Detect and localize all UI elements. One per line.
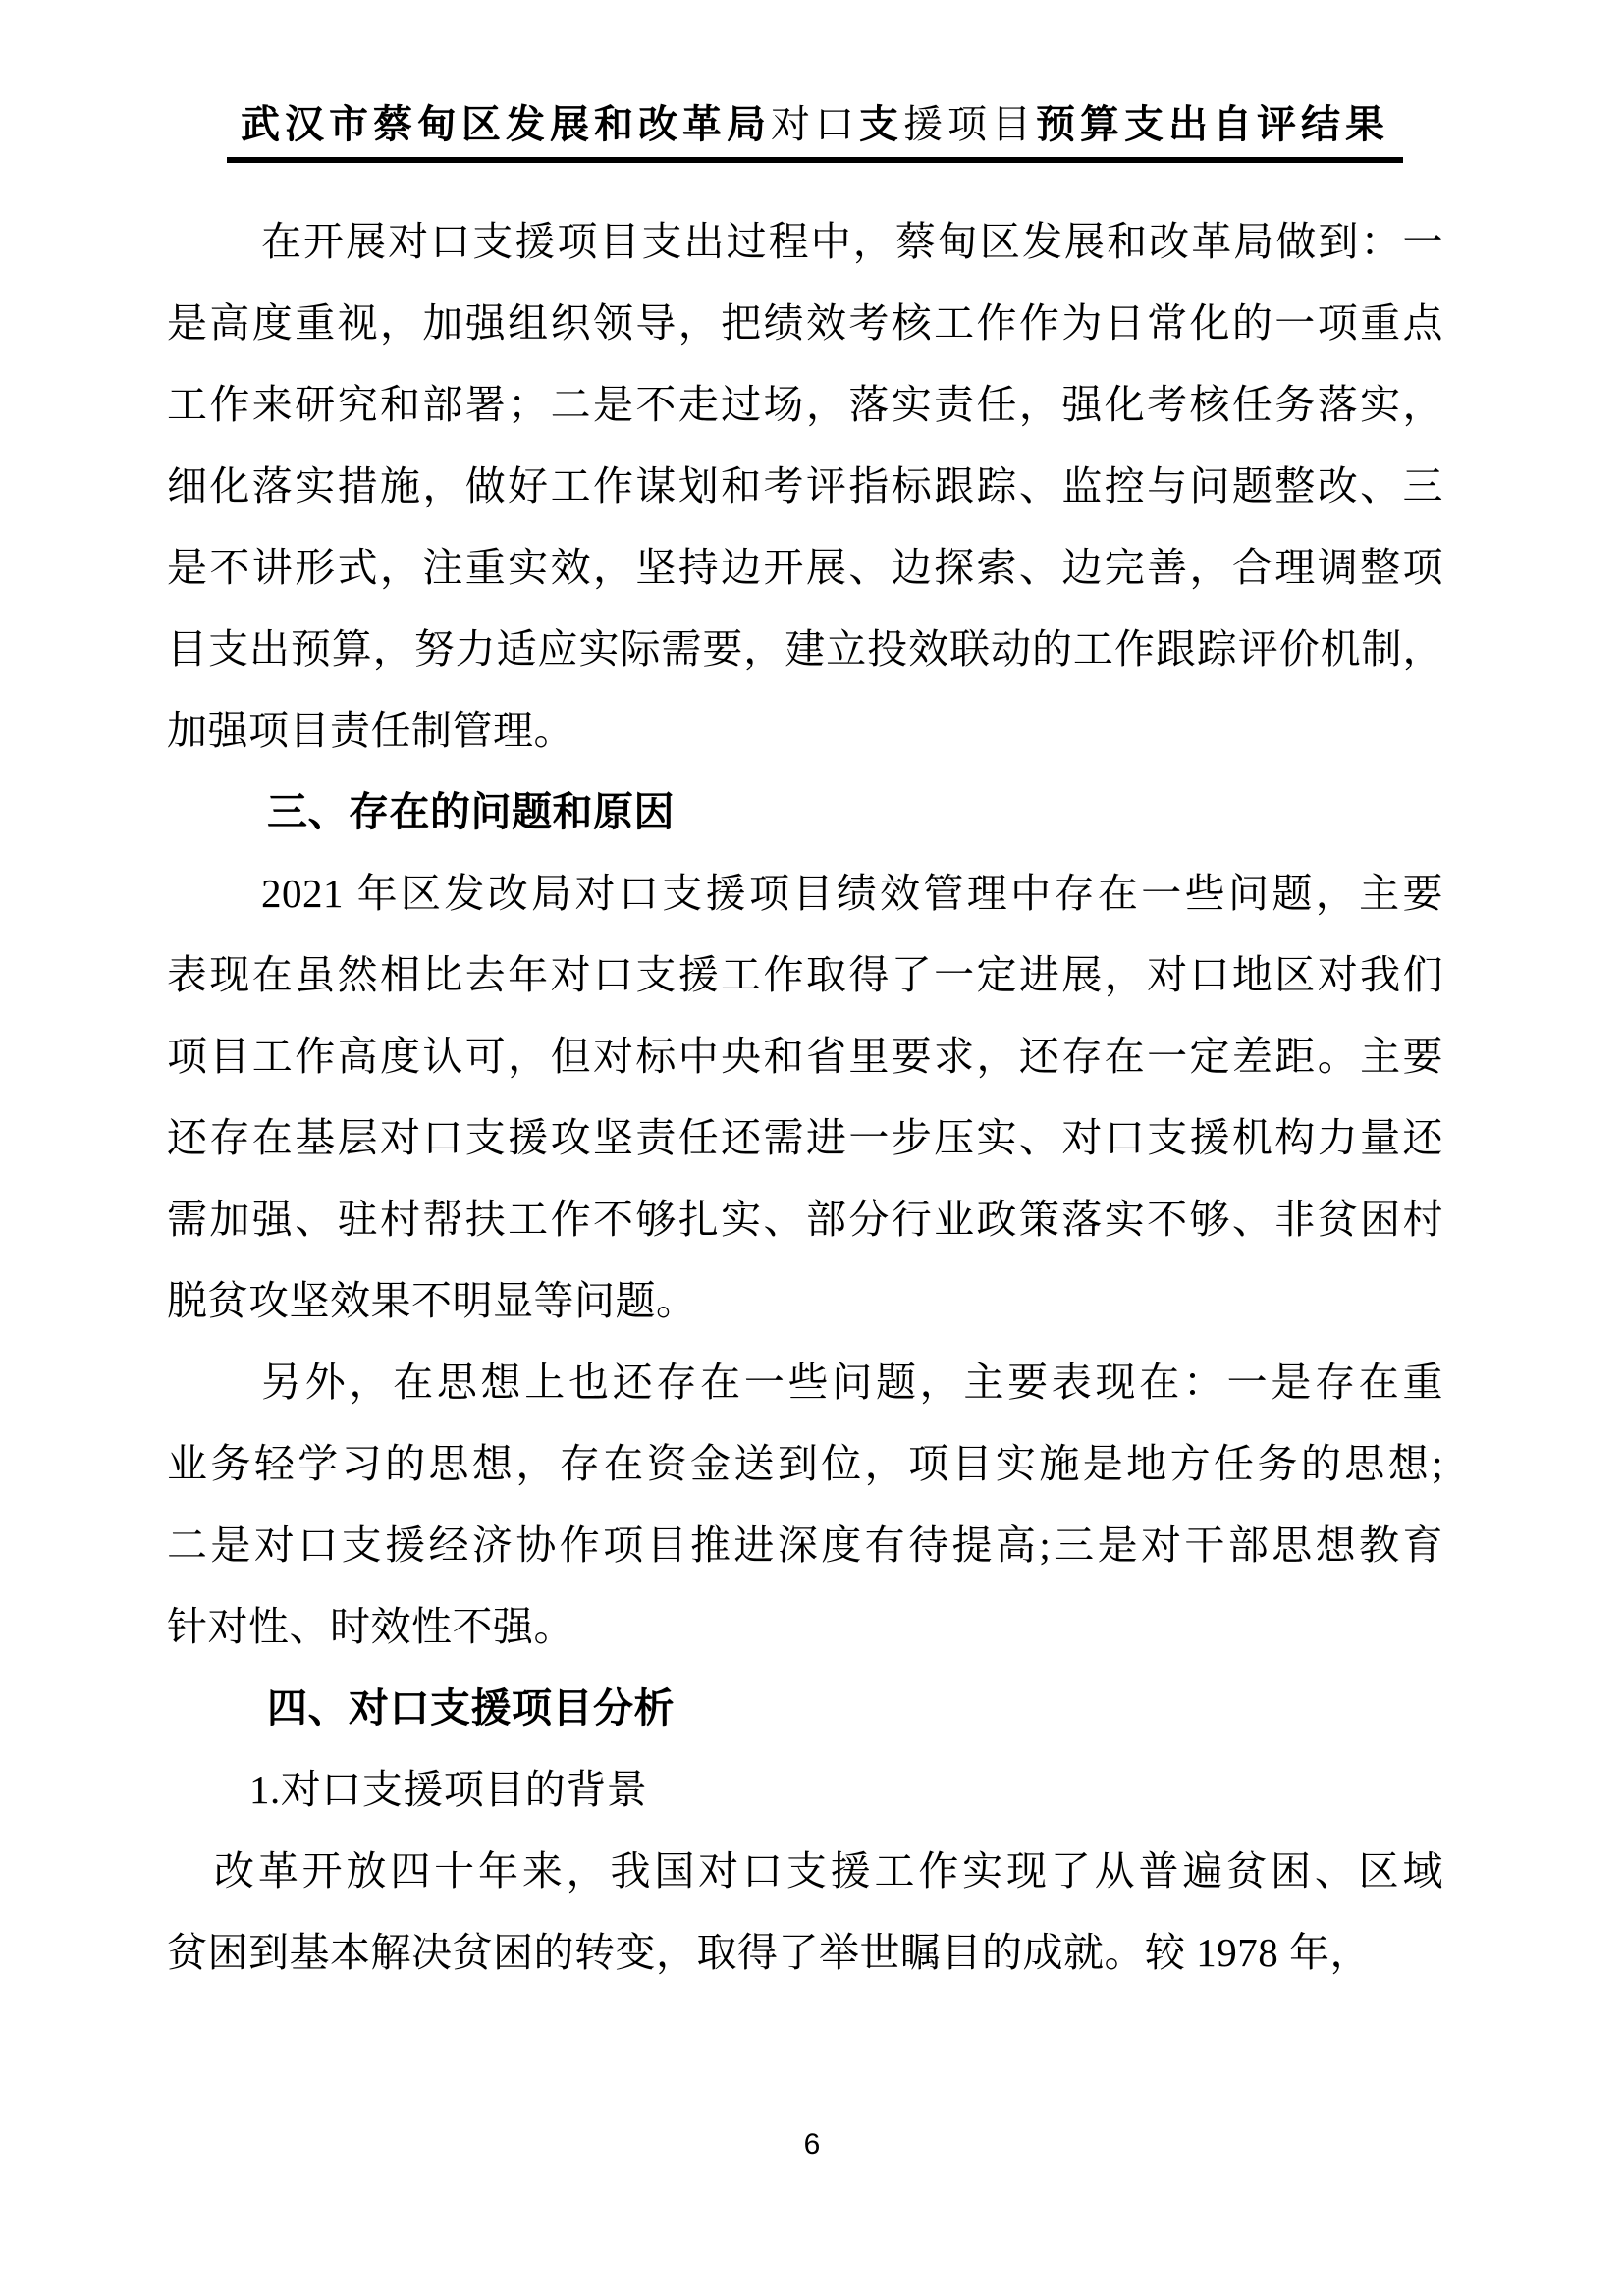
paragraph1-line: 加强项目责任制管理。: [167, 690, 1443, 772]
header-title: 武汉市蔡甸区发展和改革局对口支援项目预算支出自评结果: [227, 102, 1403, 163]
document-body: 在开展对口支援项目支出过程中，蔡甸区发展和改革局做到：一 是高度重视，加强组织领…: [167, 201, 1443, 1994]
header-title-segment: 武汉市蔡甸区发展和改革局: [241, 103, 771, 146]
page-header: 武汉市蔡甸区发展和改革局对口支援项目预算支出自评结果: [167, 102, 1463, 163]
paragraph1-line: 是高度重视，加强组织领导，把绩效考核工作作为日常化的一项重点: [167, 283, 1443, 364]
paragraph4-line: 贫困到基本解决贫困的转变，取得了举世瞩目的成就。较 1978 年，: [167, 1912, 1443, 1994]
page-footer: 6: [0, 2125, 1624, 2164]
header-title-segment: 对口: [771, 102, 859, 146]
paragraph1-line: 目支出预算，努力适应实际需要，建立投效联动的工作跟踪评价机制，: [167, 609, 1443, 690]
header-title-segment: 预算支出自评结果: [1036, 103, 1389, 146]
paragraph2-line: 脱贫攻坚效果不明显等问题。: [167, 1260, 1443, 1342]
section-heading-3: 三、存在的问题和原因: [167, 772, 1443, 853]
page-number: 6: [804, 2128, 821, 2161]
header-title-segment: 援项目: [903, 102, 1036, 146]
paragraph1-line: 在开展对口支援项目支出过程中，蔡甸区发展和改革局做到：一: [167, 201, 1443, 283]
paragraph1-line: 细化落实措施，做好工作谋划和考评指标跟踪、监控与问题整改、三: [167, 446, 1443, 527]
paragraph2-line: 需加强、驻村帮扶工作不够扎实、部分行业政策落实不够、非贫困村: [167, 1179, 1443, 1260]
paragraph1-line: 是不讲形式，注重实效，坚持边开展、边探索、边完善，合理调整项: [167, 527, 1443, 609]
paragraph4-line: 改革开放四十年来，我国对口支援工作实现了从普遍贫困、区域: [167, 1831, 1443, 1912]
header-title-segment: 支: [859, 103, 903, 146]
paragraph2-line: 还存在基层对口支援攻坚责任还需进一步压实、对口支援机构力量还: [167, 1097, 1443, 1179]
section-heading-4: 四、对口支援项目分析: [167, 1668, 1443, 1749]
paragraph3-line: 业务轻学习的思想，存在资金送到位，项目实施是地方任务的思想;: [167, 1423, 1443, 1505]
paragraph2-line: 项目工作高度认可，但对标中央和省里要求，还存在一定差距。主要: [167, 1016, 1443, 1097]
paragraph3-line: 针对性、时效性不强。: [167, 1586, 1443, 1668]
paragraph3-line: 另外，在思想上也还存在一些问题，主要表现在：一是存在重: [167, 1342, 1443, 1423]
paragraph1-line: 工作来研究和部署；二是不走过场，落实责任，强化考核任务落实，: [167, 364, 1443, 446]
paragraph3-line: 二是对口支援经济协作项目推进深度有待提高;三是对干部思想教育: [167, 1505, 1443, 1586]
paragraph2-line: 2021 年区发改局对口支援项目绩效管理中存在一些问题，主要: [167, 853, 1443, 934]
document-page: 武汉市蔡甸区发展和改革局对口支援项目预算支出自评结果 在开展对口支援项目支出过程…: [0, 0, 1624, 2296]
paragraph2-line: 表现在虽然相比去年对口支援工作取得了一定进展，对口地区对我们: [167, 934, 1443, 1016]
subheading-1: 1.对口支援项目的背景: [167, 1749, 1443, 1831]
